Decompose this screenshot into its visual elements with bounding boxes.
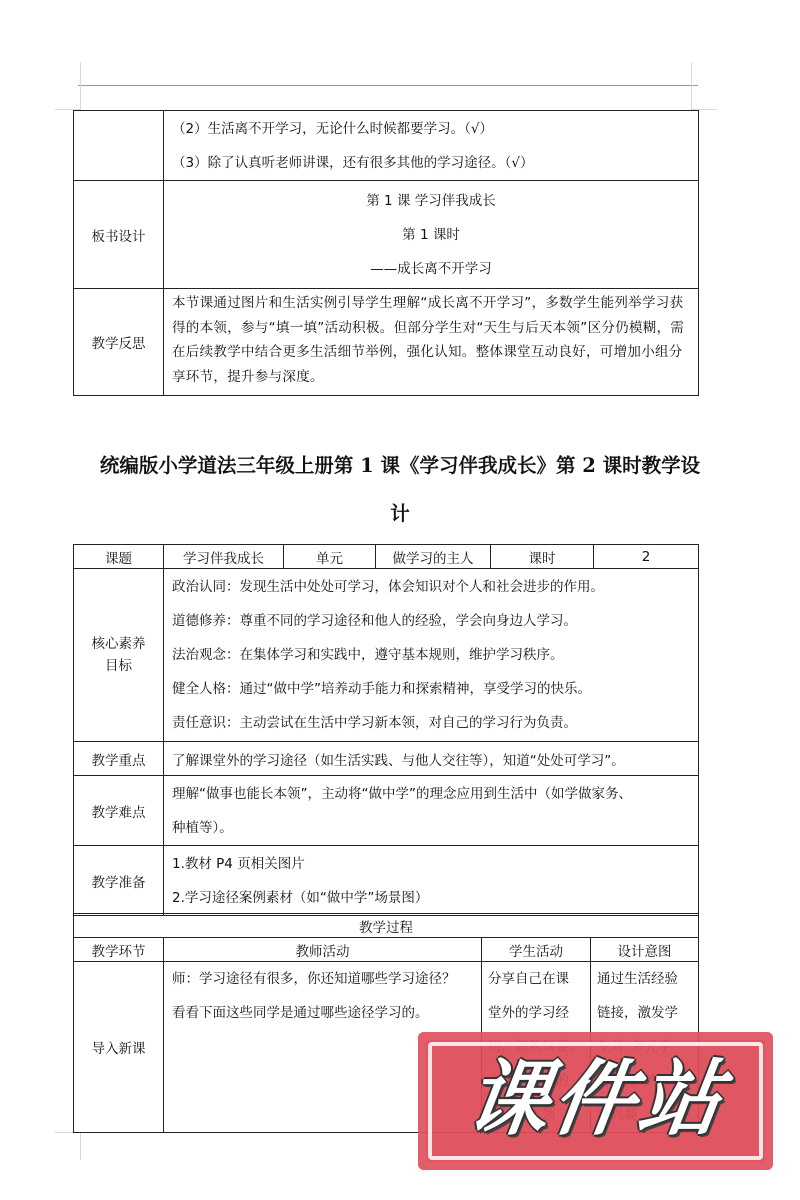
preparation-item: 2.学习途径案例素材（如“做中学”场景图） (172, 881, 698, 915)
answer-lines-cell: （2）生活离不开学习，无论什么时候都要学习。（√） （3）除了认真听老师讲课，还… (164, 111, 699, 181)
core-goal-item: 道德修养：尊重不同的学习途径和他人的经验，学会向身边人学习。 (172, 604, 698, 638)
table-row: 教学反思 本节课通过图片和生活实例引导学生理解“成长离不开学习”，多数学生能列举… (74, 289, 699, 396)
preparation-cell: 1.教材 P4 页相关图片 2.学习途径案例素材（如“做中学”场景图） (164, 846, 699, 916)
board-design-cell: 第 1 课 学习伴我成长 第 1 课时 ——成长离不开学习 (164, 181, 699, 289)
core-goal-item: 政治认同：发现生活中处处可学习，体会知识对个人和社会进步的作用。 (172, 570, 698, 604)
column-header-stage: 教学环节 (74, 938, 164, 962)
board-line: 第 1 课 学习伴我成长 (164, 184, 698, 218)
difficulty-cell: 理解“做事也能长本领”，主动将“做中学”的理念应用到生活中（如学做家务、 种植等… (164, 776, 699, 846)
table-row: 板书设计 第 1 课 学习伴我成长 第 1 课时 ——成长离不开学习 (74, 181, 699, 289)
teacher-activity-line: 师：学习途径有很多，你还知道哪些学习途径？ (172, 962, 481, 996)
lesson-header-row: 课题 学习伴我成长 单元 做学习的主人 课时 2 (74, 545, 699, 569)
core-goals-label-line: 核心素养 (74, 633, 163, 655)
document-title-line1: 统编版小学道法三年级上册第 1 课《学习伴我成长》第 2 课时教学设 (60, 450, 740, 478)
reflection-cell: 本节课通过图片和生活实例引导学生理解“成长离不开学习”，多数学生能列举学习获得的… (164, 289, 699, 396)
difficulty-label: 教学难点 (74, 776, 164, 846)
board-line: 第 1 课时 (164, 218, 698, 252)
design-intent-line: 通过生活经验 (597, 962, 698, 996)
watermark-stamp: 课件站 (418, 1032, 773, 1170)
period-label: 课时 (491, 545, 594, 569)
unit-value: 做学习的主人 (376, 545, 491, 569)
board-design-label: 板书设计 (74, 181, 164, 289)
watermark-text: 课件站 (429, 1050, 763, 1150)
margin-corner-mark-top-left (80, 62, 81, 109)
topic-value: 学习伴我成长 (164, 545, 284, 569)
key-point-label: 教学重点 (74, 742, 164, 776)
document-title-line2: 计 (60, 498, 740, 526)
process-section-title: 教学过程 (74, 914, 699, 938)
difficulty-line: 理解“做事也能长本领”，主动将“做中学”的理念应用到生活中（如学做家务、 (172, 777, 698, 811)
preparation-item: 1.教材 P4 页相关图片 (172, 847, 698, 881)
column-header-intent: 设计意图 (591, 938, 699, 962)
topic-label: 课题 (74, 545, 164, 569)
row-label-cell (74, 111, 164, 181)
board-line: ——成长离不开学习 (164, 252, 698, 286)
preparation-row: 教学准备 1.教材 P4 页相关图片 2.学习途径案例素材（如“做中学”场景图） (74, 846, 699, 916)
reflection-label: 教学反思 (74, 289, 164, 396)
answer-line: （2）生活离不开学习，无论什么时候都要学习。（√） (172, 112, 698, 146)
teacher-activity-line: 看看下面这些同学是通过哪些途径学习的。 (172, 996, 481, 1030)
process-section-title-row: 教学过程 (74, 914, 699, 938)
previous-lesson-table: （2）生活离不开学习，无论什么时候都要学习。（√） （3）除了认真听老师讲课，还… (73, 110, 699, 396)
process-header-row: 教学环节 教师活动 学生活动 设计意图 (74, 938, 699, 962)
core-goal-item: 责任意识：主动尝试在生活中学习新本领，对自己的学习行为负责。 (172, 706, 698, 740)
period-value: 2 (594, 545, 699, 569)
difficulty-row: 教学难点 理解“做事也能长本领”，主动将“做中学”的理念应用到生活中（如学做家务… (74, 776, 699, 846)
difficulty-line: 种植等）。 (172, 811, 698, 845)
preparation-label: 教学准备 (74, 846, 164, 916)
table-row: （2）生活离不开学习，无论什么时候都要学习。（√） （3）除了认真听老师讲课，还… (74, 111, 699, 181)
core-goal-item: 健全人格：通过“做中学”培养动手能力和探索精神，享受学习的快乐。 (172, 672, 698, 706)
column-header-student: 学生活动 (482, 938, 591, 962)
core-goals-cell: 政治认同：发现生活中处处可学习，体会知识对个人和社会进步的作用。 道德修养：尊重… (164, 569, 699, 742)
key-point-text: 了解课堂外的学习途径（如生活实践、与他人交往等），知道“处处可学习”。 (164, 742, 699, 776)
core-goal-item: 法治观念：在集体学习和实践中，遵守基本规则，维护学习秩序。 (172, 638, 698, 672)
page-header-rule (78, 85, 698, 86)
key-point-row: 教学重点 了解课堂外的学习途径（如生活实践、与他人交往等），知道“处处可学习”。 (74, 742, 699, 776)
reflection-text: 本节课通过图片和生活实例引导学生理解“成长离不开学习”，多数学生能列举学习获得的… (164, 289, 698, 391)
student-activity-line: 分享自己在课 (488, 962, 590, 996)
core-goals-row: 核心素养 目标 政治认同：发现生活中处处可学习，体会知识对个人和社会进步的作用。… (74, 569, 699, 742)
column-header-teacher: 教师活动 (164, 938, 482, 962)
margin-corner-mark-bottom-left (80, 1132, 81, 1160)
core-goals-label: 核心素养 目标 (74, 569, 164, 742)
margin-corner-mark-top-right (691, 62, 692, 109)
unit-label: 单元 (284, 545, 376, 569)
student-activity-line: 堂外的学习经 (488, 996, 590, 1030)
answer-line: （3）除了认真听老师讲课，还有很多其他的学习途径。（√） (172, 146, 698, 180)
core-goals-label-line: 目标 (74, 655, 163, 677)
stage-cell: 导入新课 (74, 962, 164, 1133)
lesson-design-table: 课题 学习伴我成长 单元 做学习的主人 课时 2 核心素养 目标 政治认同：发现… (73, 544, 699, 916)
design-intent-line: 链接，激发学 (597, 996, 698, 1030)
